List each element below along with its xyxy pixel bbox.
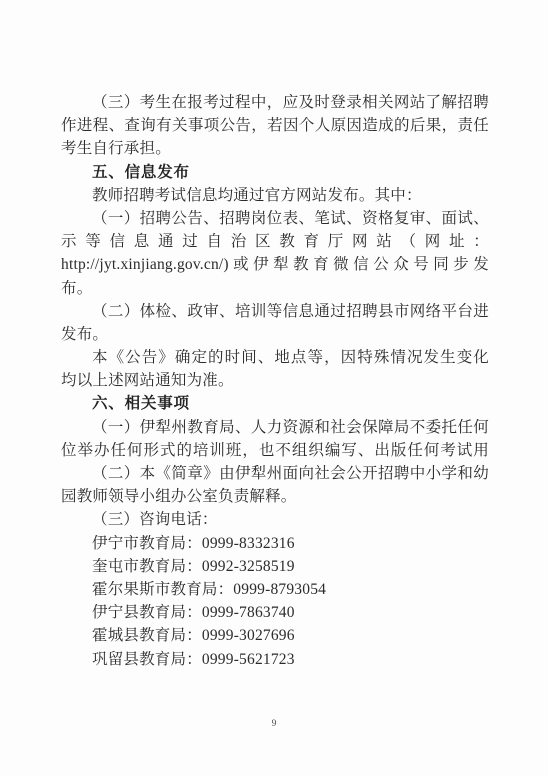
scanned-document-page: （三）考生在报考过程中，应及时登录相关网站了解招聘工 作进程、查询有关事项公告，… (0, 0, 548, 776)
phone-line-kuitun-city: 奎屯市教育局：0992-3258519 (61, 555, 489, 578)
paragraph-line: 考生自行承担。 (61, 137, 489, 160)
paragraph-line: 本《公告》确定的时间、地点等，因特殊情况发生变化的， (61, 346, 489, 369)
phone-line-yining-county: 伊宁县教育局：0999-7863740 (61, 601, 489, 624)
paragraph-line: （一）伊犁州教育局、人力资源和社会保障局不委托任何单 (61, 416, 489, 439)
phone-line-horgos-city: 霍尔果斯市教育局：0999-8793054 (61, 578, 489, 601)
phone-line-yining-city: 伊宁市教育局：0999-8332316 (61, 532, 489, 555)
paragraph-line: 作进程、查询有关事项公告，若因个人原因造成的后果，责任由 (61, 114, 489, 137)
section-heading-info-release: 五、信息发布 (61, 161, 489, 184)
paragraph-line: 布。 (61, 277, 489, 300)
document-body: （三）考生在报考过程中，应及时登录相关网站了解招聘工 作进程、查询有关事项公告，… (61, 91, 489, 671)
paragraph-line-justified-spread: 示等信息通过自治区教育厅网站（网址： (61, 230, 489, 253)
website-url-line: http://jyt.xinjiang.gov.cn/)或伊犁教育微信公众号同步… (61, 253, 489, 276)
contact-phones-heading: （三）咨询电话： (61, 508, 489, 531)
phone-line-huocheng-county: 霍城县教育局：0999-3027696 (61, 624, 489, 647)
paragraph-line: 教师招聘考试信息均通过官方网站发布。其中： (61, 184, 489, 207)
paragraph-line: （三）考生在报考过程中，应及时登录相关网站了解招聘工 (61, 91, 489, 114)
paragraph-line: 位举办任何形式的培训班，也不组织编写、出版任何考试用书。 (61, 439, 489, 462)
paragraph-line: （一）招聘公告、招聘岗位表、笔试、资格复审、面试、公 (61, 207, 489, 230)
phone-line-gongliu-county: 巩留县教育局：0999-5621723 (61, 648, 489, 671)
paragraph-line: 均以上述网站通知为准。 (61, 369, 489, 392)
paragraph-line: （二）本《简章》由伊犁州面向社会公开招聘中小学和幼儿 (61, 462, 489, 485)
section-heading-related-matters: 六、相关事项 (61, 392, 489, 415)
paragraph-line: （二）体检、政审、培训等信息通过招聘县市网络平台进行 (61, 300, 489, 323)
paragraph-line: 园教师领导小组办公室负责解释。 (61, 485, 489, 508)
page-number: 9 (0, 719, 548, 729)
paragraph-line: 发布。 (61, 323, 489, 346)
